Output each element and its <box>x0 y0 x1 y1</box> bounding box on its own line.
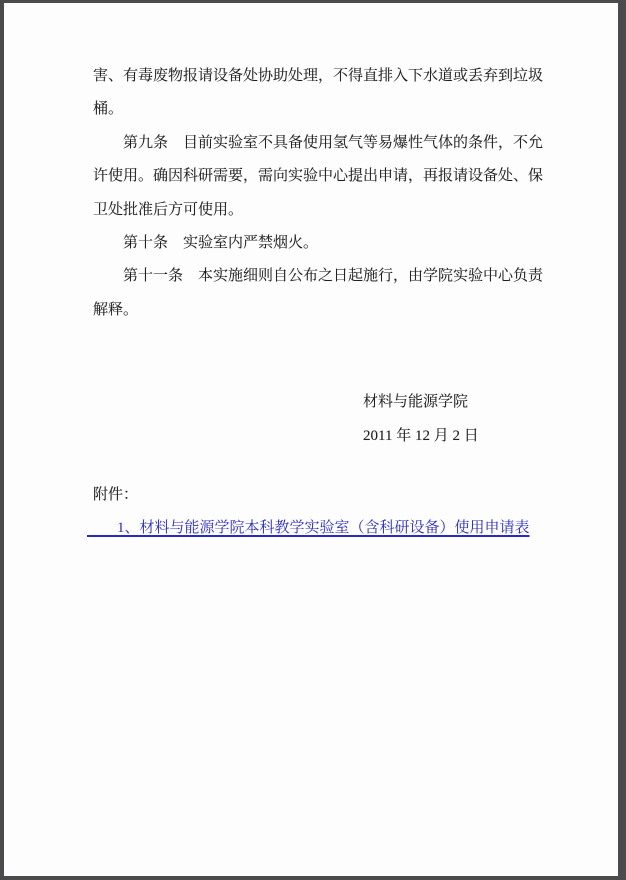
text-line: 第十一条 本实施细则自公布之日起施行，由学院实验中心负责 <box>93 260 553 293</box>
text-line: 解释。 <box>93 294 553 327</box>
document-paragraphs: 害、有毒废物报请设备处协助处理，不得直排入下水道或丢弃到垃圾桶。第九条 目前实验… <box>93 60 553 327</box>
attachment-link[interactable]: 1、材料与能源学院本科教学实验室（含科研设备）使用申请表 <box>87 520 530 536</box>
text-line: 许使用。确因科研需要，需向实验中心提出申请，再报请设备处、保 <box>93 160 553 193</box>
text-line: 第九条 目前实验室不具备使用氢气等易爆性气体的条件，不允 <box>93 127 553 160</box>
signature-block: 材料与能源学院 2011 年 12 月 2 日 <box>363 386 553 453</box>
text-line: 桶。 <box>93 93 553 126</box>
viewer-background: { "colors": { "frame": "#4b4b4d", "paper… <box>0 0 626 880</box>
document-content: 害、有毒废物报请设备处协助处理，不得直排入下水道或丢弃到垃圾桶。第九条 目前实验… <box>93 60 553 546</box>
text-line: 第十条 实验室内严禁烟火。 <box>93 227 553 260</box>
signature-organization: 材料与能源学院 <box>363 386 553 419</box>
attachments-section: 附件： 1、材料与能源学院本科教学实验室（含科研设备）使用申请表 <box>93 479 553 546</box>
signature-date: 2011 年 12 月 2 日 <box>363 420 553 453</box>
text-line: 卫处批准后方可使用。 <box>93 194 553 227</box>
attachments-label: 附件： <box>93 479 553 512</box>
attachment-item: 1、材料与能源学院本科教学实验室（含科研设备）使用申请表 <box>87 512 553 545</box>
document-page: 害、有毒废物报请设备处协助处理，不得直排入下水道或丢弃到垃圾桶。第九条 目前实验… <box>4 3 618 876</box>
text-line: 害、有毒废物报请设备处协助处理，不得直排入下水道或丢弃到垃圾 <box>93 60 553 93</box>
